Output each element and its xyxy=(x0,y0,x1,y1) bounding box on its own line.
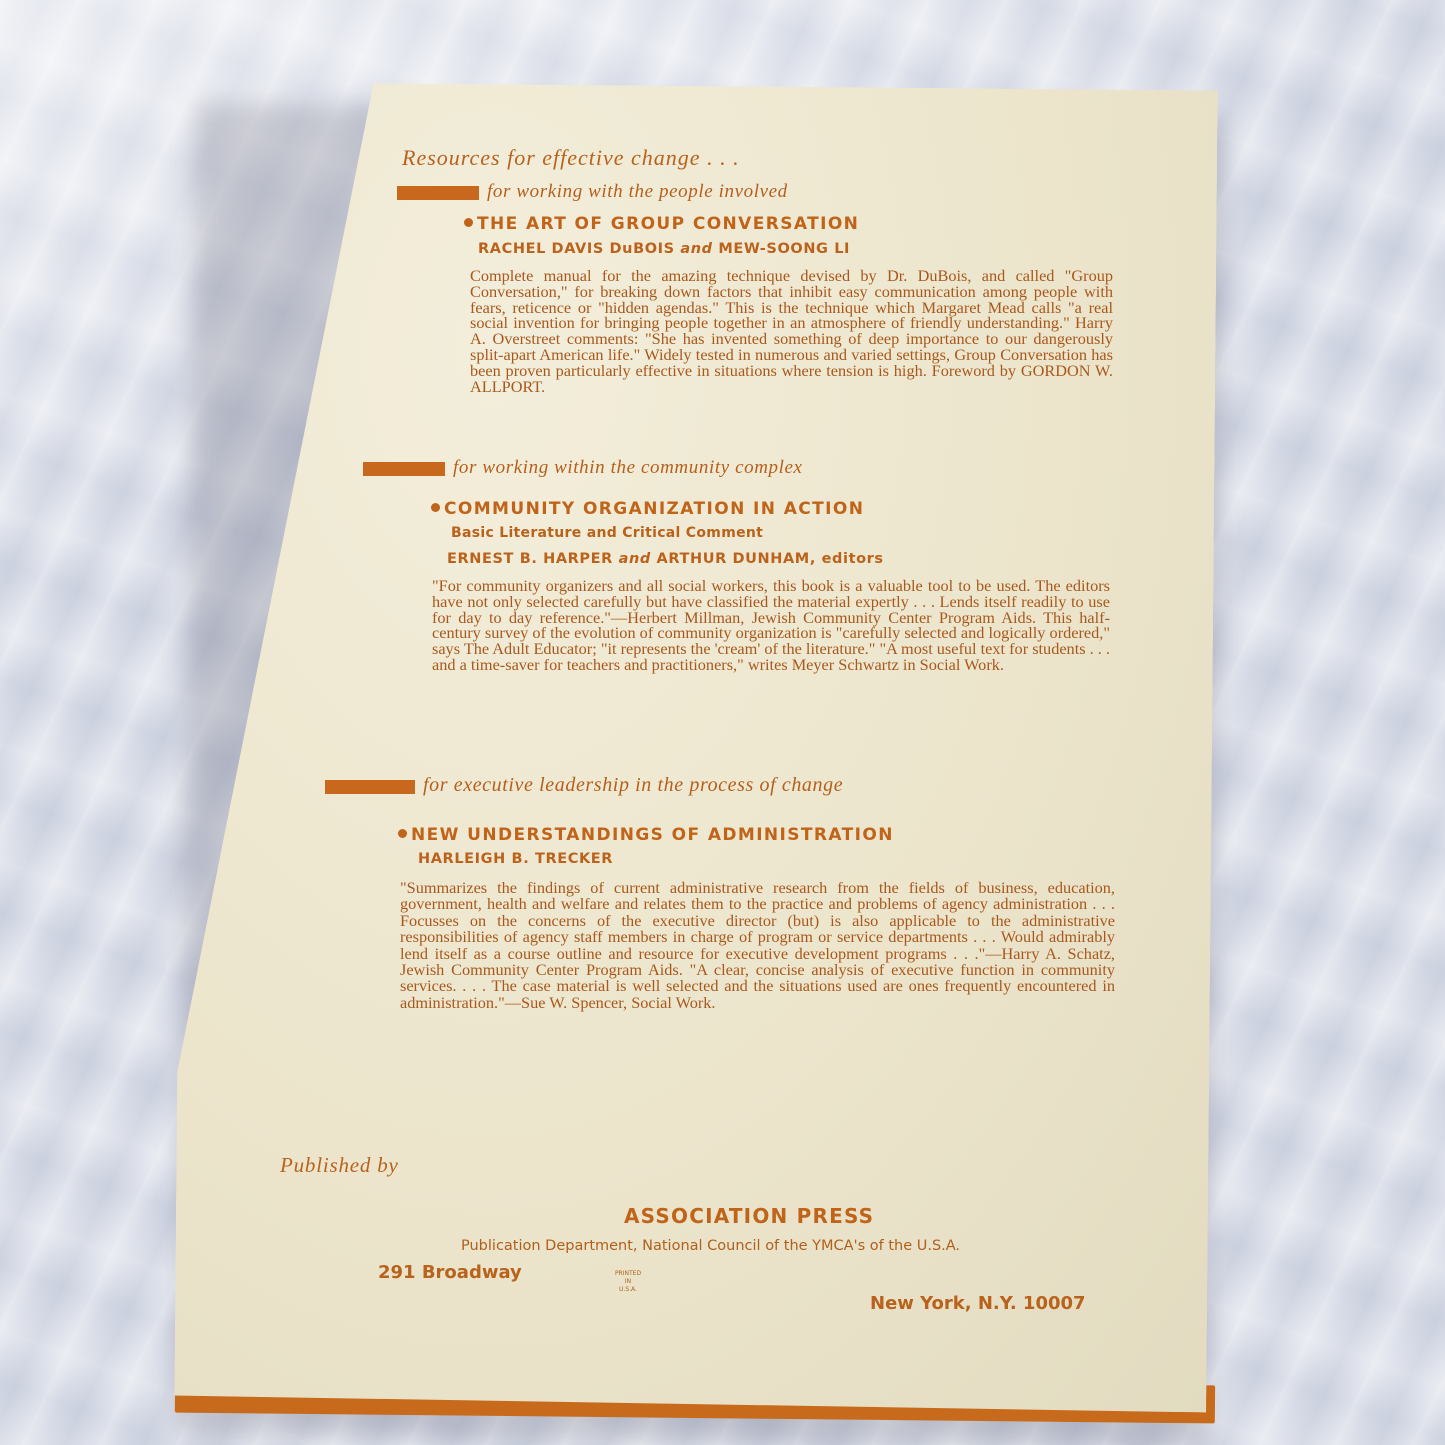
publisher-name: ASSOCIATION PRESS xyxy=(624,1204,874,1228)
book-title-text: NEW UNDERSTANDINGS OF ADMINISTRATION xyxy=(411,825,894,845)
bullet-icon xyxy=(398,829,407,838)
blurb-text: "Summarizes the findings of current admi… xyxy=(400,880,1115,1011)
stamp-line: PRINTED xyxy=(603,1270,653,1278)
author-join: and xyxy=(619,551,651,567)
published-by: Published by xyxy=(280,1153,399,1178)
author-name: MEW-SOONG LI xyxy=(718,241,850,257)
author-name: ARTHUR DUNHAM xyxy=(657,551,810,567)
author-join: and xyxy=(680,241,712,257)
stamp-line: U.S.A. xyxy=(603,1286,653,1294)
section-bar xyxy=(363,462,445,476)
section-bar xyxy=(397,186,479,200)
book-author-1: RACHEL DAVIS DuBOIS and MEW-SOONG LI xyxy=(478,241,850,257)
publisher-department: Publication Department, National Council… xyxy=(461,1238,960,1254)
section-label: for working with the people involved xyxy=(487,181,788,202)
book-author-3: HARLEIGH B. TRECKER xyxy=(418,851,613,867)
tagline: Resources for effective change . . . xyxy=(402,145,740,171)
section-header-3: for executive leadership in the process … xyxy=(325,774,843,797)
bullet-icon xyxy=(431,503,440,512)
book-blurb-1: Complete manual for the amazing techniqu… xyxy=(470,268,1113,394)
book-blurb-3: "Summarizes the findings of current admi… xyxy=(400,880,1115,1011)
publisher-street: 291 Broadway xyxy=(378,1262,522,1283)
book-author-2: ERNEST B. HARPER and ARTHUR DUNHAM, edit… xyxy=(447,551,884,567)
section-header-2: for working within the community complex xyxy=(363,457,803,479)
section-header-1: for working with the people involved xyxy=(397,181,788,203)
book-title-text: COMMUNITY ORGANIZATION IN ACTION xyxy=(444,499,864,519)
book-title-2: COMMUNITY ORGANIZATION IN ACTION xyxy=(431,499,864,519)
section-bar xyxy=(325,780,415,794)
book-title-3: NEW UNDERSTANDINGS OF ADMINISTRATION xyxy=(398,825,894,845)
author-name: HARLEIGH B. TRECKER xyxy=(418,851,613,867)
book-subtitle-2: Basic Literature and Critical Comment xyxy=(451,525,763,541)
section-label: for executive leadership in the process … xyxy=(423,774,843,796)
author-name: ERNEST B. HARPER xyxy=(447,551,613,567)
printed-in-usa-stamp: PRINTED IN U.S.A. xyxy=(603,1270,653,1294)
author-name: RACHEL DAVIS DuBOIS xyxy=(478,241,675,257)
book-title-text: THE ART OF GROUP CONVERSATION xyxy=(477,214,859,234)
section-label: for working within the community complex xyxy=(453,457,803,478)
bullet-icon xyxy=(464,218,473,227)
blurb-text: Complete manual for the amazing techniqu… xyxy=(470,268,1113,394)
stamp-line: IN xyxy=(603,1278,653,1286)
book-blurb-2: "For community organizers and all social… xyxy=(432,578,1110,673)
cover-print: Resources for effective change . . . for… xyxy=(0,0,1445,1445)
author-suffix: , editors xyxy=(810,551,884,567)
publisher-city: New York, N.Y. 10007 xyxy=(870,1293,1086,1314)
book-title-1: THE ART OF GROUP CONVERSATION xyxy=(464,214,859,234)
blurb-text: "For community organizers and all social… xyxy=(432,578,1110,673)
